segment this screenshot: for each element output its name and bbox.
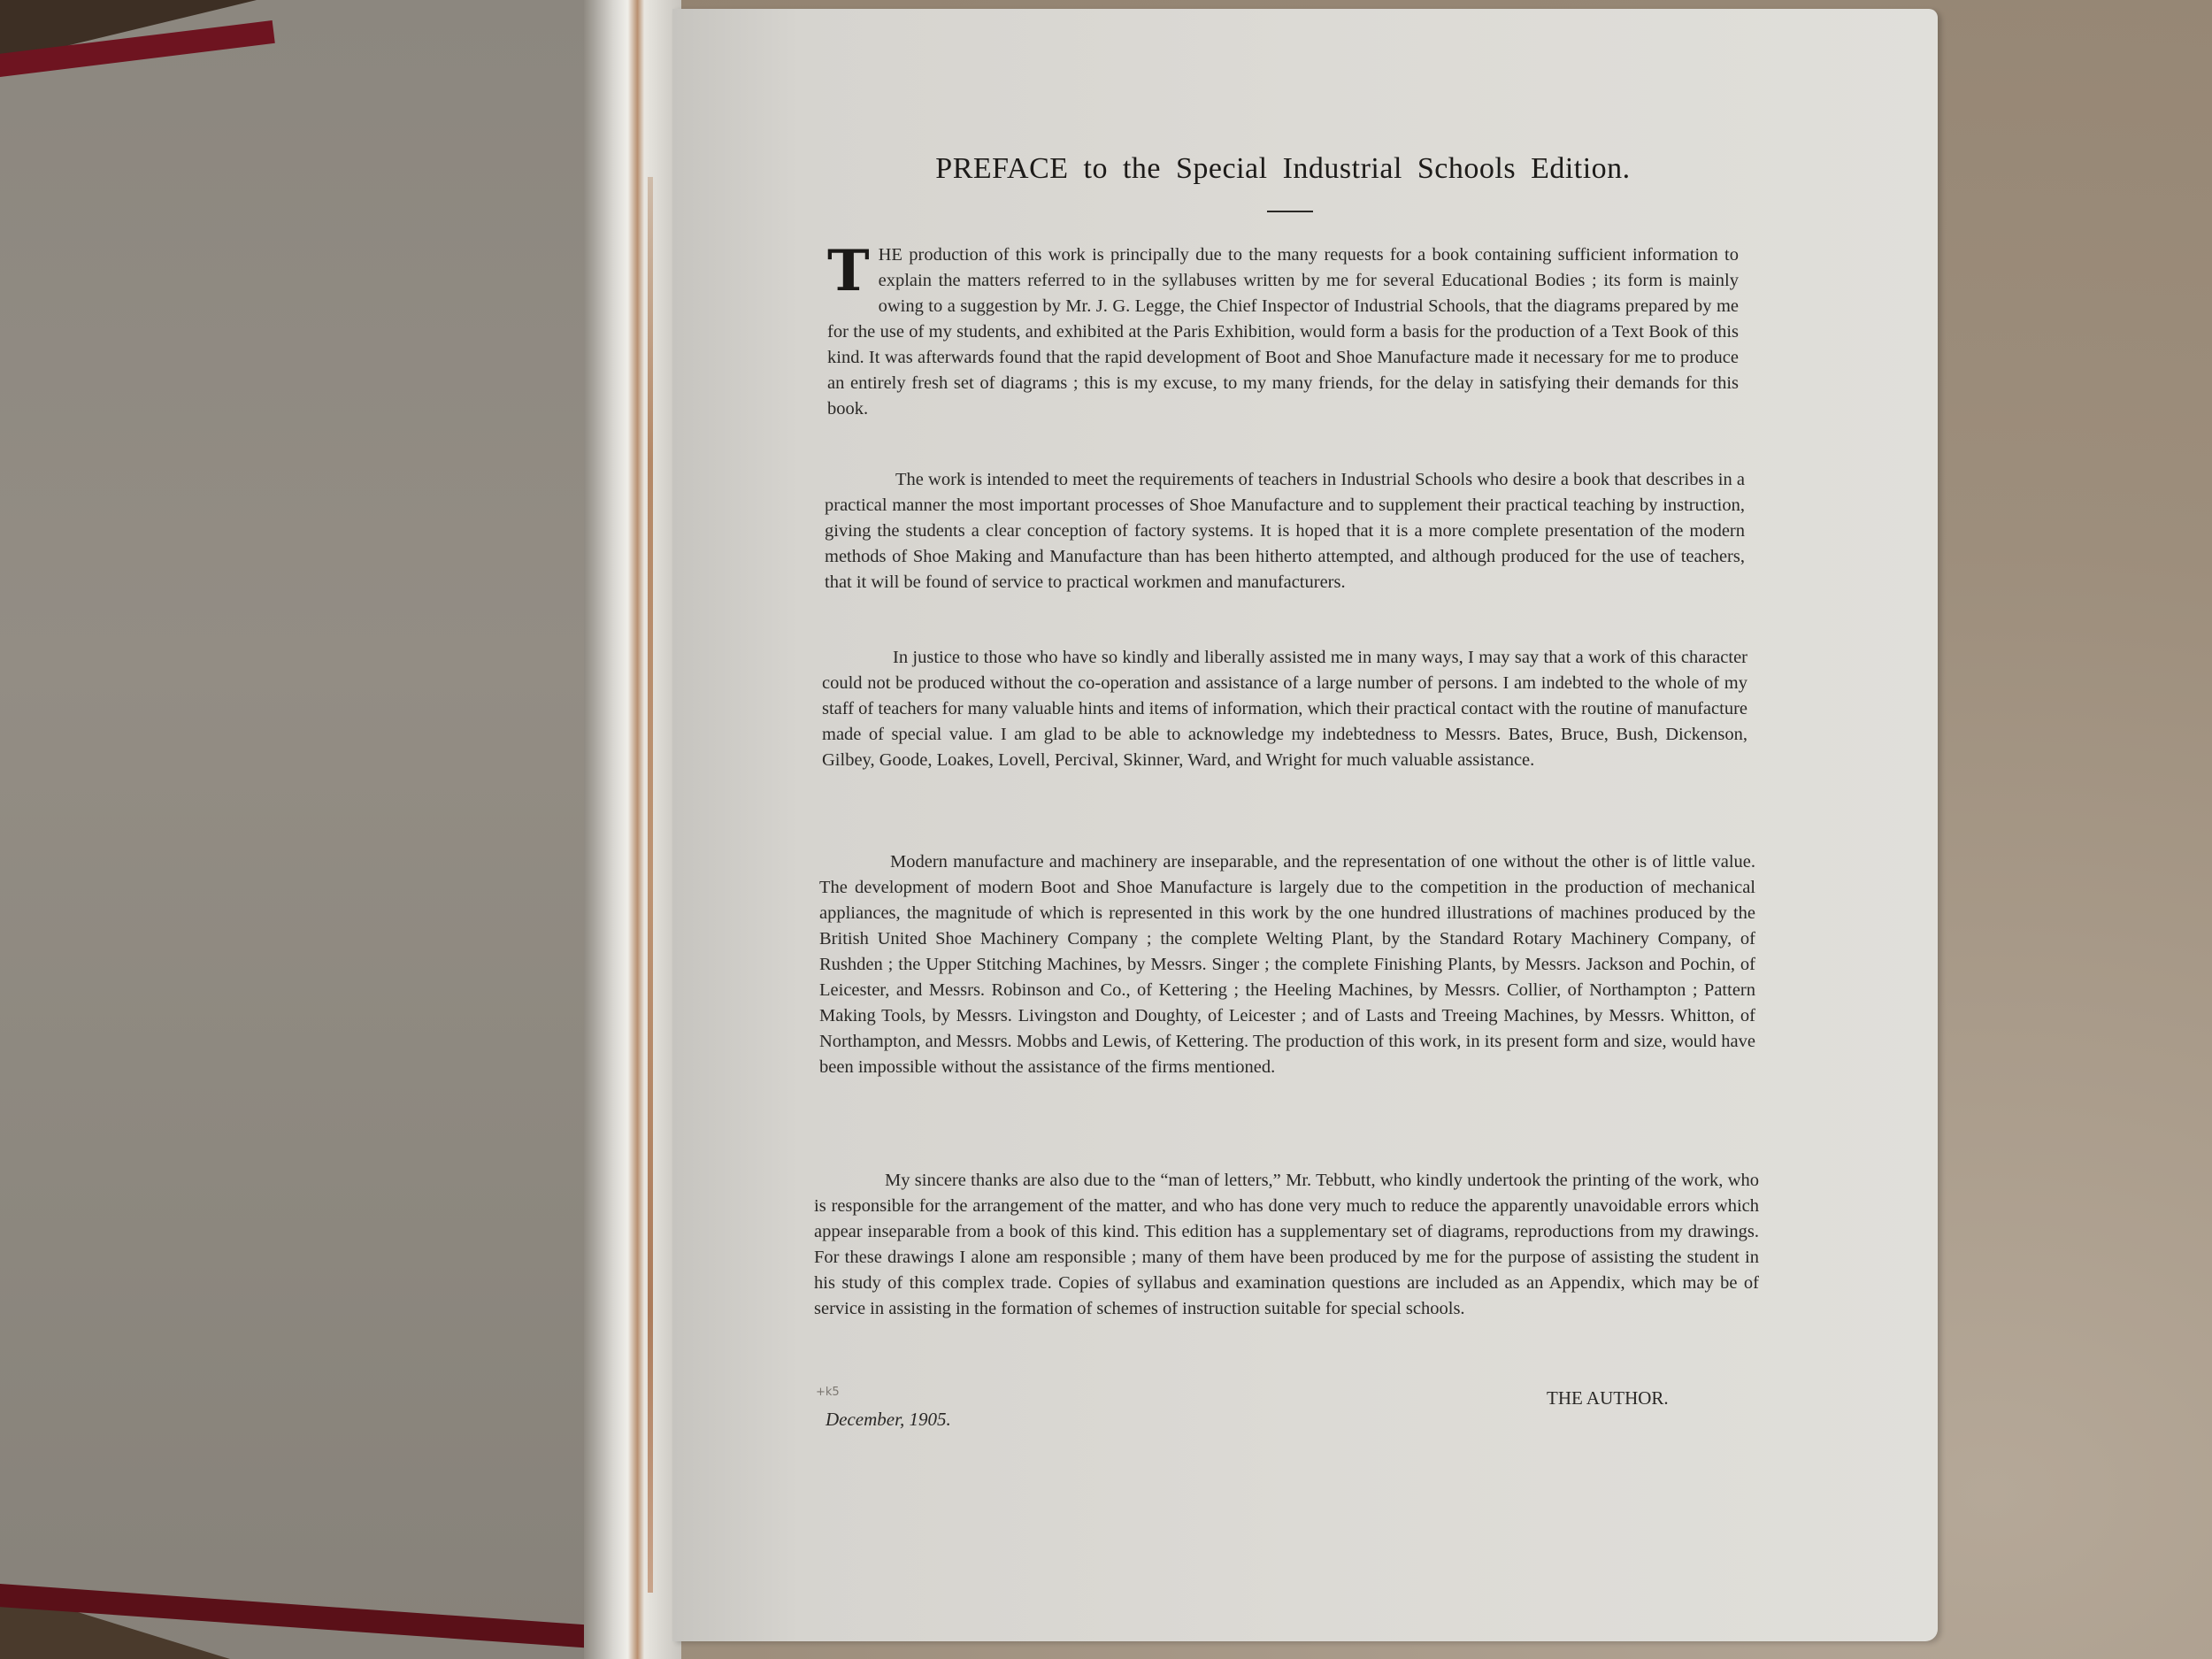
paragraph-4: Modern manufacture and machinery are ins… bbox=[819, 849, 1755, 1080]
paragraph-5-text: My sincere thanks are also due to the “m… bbox=[814, 1168, 1759, 1322]
page-title: PREFACE to the Special Industrial School… bbox=[920, 152, 1646, 186]
paragraph-4-text: Modern manufacture and machinery are ins… bbox=[819, 849, 1755, 1080]
paragraph-3-text: In justice to those who have so kindly a… bbox=[822, 645, 1747, 773]
pencil-annotation: +k5 bbox=[816, 1386, 840, 1399]
gutter-glue-stain bbox=[648, 177, 653, 1593]
left-endpaper bbox=[0, 0, 619, 1659]
paragraph-3: In justice to those who have so kindly a… bbox=[822, 645, 1747, 773]
paragraph-1: T HE production of this work is principa… bbox=[827, 242, 1739, 422]
paragraph-2: The work is intended to meet the require… bbox=[825, 467, 1745, 595]
author-signature: THE AUTHOR. bbox=[1547, 1387, 1669, 1409]
paragraph-1-text: HE production of this work is principall… bbox=[827, 242, 1739, 422]
drop-cap-letter: T bbox=[827, 246, 870, 297]
title-rule-divider bbox=[1267, 211, 1313, 212]
paragraph-2-text: The work is intended to meet the require… bbox=[825, 467, 1745, 595]
paragraph-5: My sincere thanks are also due to the “m… bbox=[814, 1168, 1759, 1322]
preface-date: December, 1905. bbox=[826, 1409, 951, 1431]
book-gutter bbox=[584, 0, 681, 1659]
